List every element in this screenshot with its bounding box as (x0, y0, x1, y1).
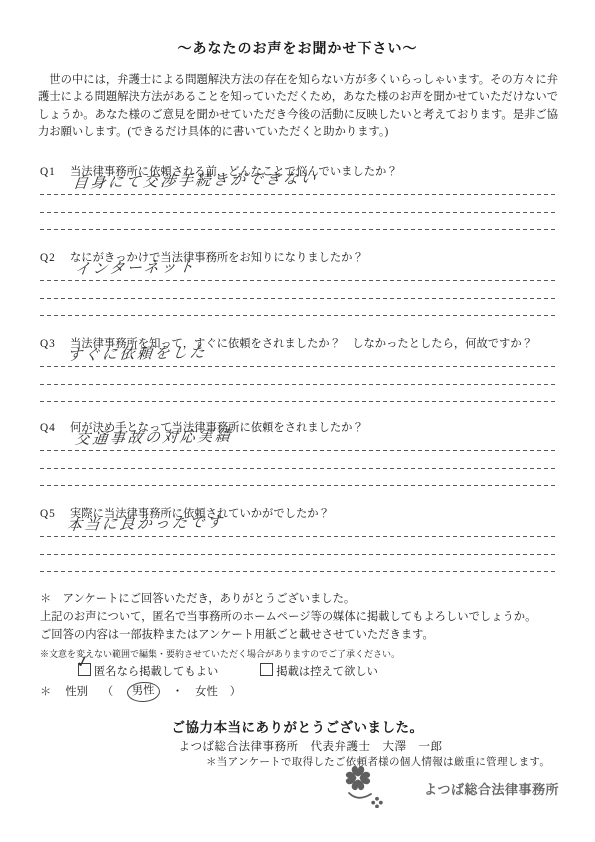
edit-note-line: ※文意を変えない範囲で編集・要約させていただく場合がありますのでご了承ください。 (40, 647, 556, 661)
answer-line (40, 571, 556, 572)
firm-representative-line: よつば総合法律事務所 代表弁護士 大澤 一郎 (0, 738, 595, 754)
question-block-3: Q3 当法律事務所を知って，すぐに依頼をされましたか？ しなかったとしたら，何故… (40, 337, 556, 409)
answer-line (40, 229, 556, 230)
page-title: 〜あなたのお声をお聞かせ下さい〜 (0, 38, 595, 58)
gender-asterisk: ＊ (40, 685, 51, 699)
answer-line (40, 315, 556, 316)
intro-paragraph: 世の中には，弁護士による問題解決方法の存在を知らない方が多くいらっしゃいます。そ… (38, 72, 558, 141)
answer-line (40, 384, 556, 385)
question-block-5: Q5 実際に当法律事務所に依頼されていかがでしたか？ 本当に良かったです (40, 507, 556, 579)
four-leaf-clover-icon (342, 764, 392, 808)
survey-thanks-line: ＊ アンケートにご回答いただき，ありがとうございました。 (40, 592, 556, 606)
answer-line (40, 280, 556, 281)
handwritten-answer: すぐに依頼をした (66, 341, 208, 365)
gender-label: 性別 (65, 685, 88, 699)
checkbox-icon (260, 663, 273, 676)
firm-logo-text: よつば総合法律事務所 (424, 779, 559, 798)
checkbox-label: 掲載は控えて欲しい (276, 666, 378, 678)
answer-line (40, 401, 556, 402)
handwritten-answer: 自身にて交渉手続きができない (72, 167, 319, 193)
checkbox-no-publish: 掲載は控えて欲しい (260, 663, 378, 679)
answer-line (40, 536, 556, 537)
answer-line (40, 554, 556, 555)
answer-line (40, 298, 556, 299)
handwritten-answer: インターネット (74, 255, 197, 279)
check-icon: ✓ (75, 654, 91, 670)
gender-close-paren: ） (230, 685, 241, 699)
gender-male-circled: 男性 (127, 681, 161, 703)
answer-line (40, 194, 556, 195)
questionnaire-page: 〜あなたのお声をお聞かせ下さい〜 世の中には，弁護士による問題解決方法の存在を知… (0, 0, 595, 842)
handwritten-answer: 交通事故の対応実績 (74, 425, 234, 449)
checkbox-anonymous-ok: ✓匿名なら掲載してもよい (78, 663, 218, 679)
checkbox-icon: ✓ (78, 663, 91, 676)
answer-line (40, 450, 556, 451)
closing-thanks: ご協力本当にありがとうございました。 (0, 716, 595, 736)
question-block-1: Q1 当法律事務所に依頼される前，どんなことで悩んでいましたか？ 自身にて交渉手… (40, 165, 556, 237)
question-label: Q4 (40, 421, 70, 435)
handwritten-answer: 本当に良かったです (66, 511, 226, 535)
gender-row: ＊ 性別 （ 男性 ・ 女性 ） (40, 682, 556, 702)
answer-line (40, 468, 556, 469)
answer-line (40, 485, 556, 486)
question-label: Q5 (40, 507, 70, 521)
checkbox-label: 匿名なら掲載してもよい (94, 666, 218, 678)
question-block-2: Q2 なにがきっかけで当法律事務所をお知りになりましたか？ インターネット (40, 251, 556, 323)
gender-open-paren: （ (102, 685, 113, 699)
question-label: Q3 (40, 337, 70, 351)
excerpt-note-line: ご回答の内容は一部抜粋またはアンケート用紙ごと載せさせていただきます。 (40, 628, 556, 642)
gender-separator: ・ (172, 685, 183, 699)
consent-options-row: ✓匿名なら掲載してもよい 掲載は控えて欲しい (40, 663, 556, 679)
answer-line (40, 212, 556, 213)
gender-female: 女性 (195, 685, 218, 699)
question-label: Q1 (40, 165, 70, 179)
answer-line (40, 366, 556, 367)
publish-permission-line: 上記のお声について，匿名で当事務所のホームページ等の媒体に掲載してもよろしいでし… (40, 610, 556, 624)
question-label: Q2 (40, 251, 70, 265)
question-block-4: Q4 何が決め手となって当法律事務所に依頼をされましたか？ 交通事故の対応実績 (40, 421, 556, 493)
